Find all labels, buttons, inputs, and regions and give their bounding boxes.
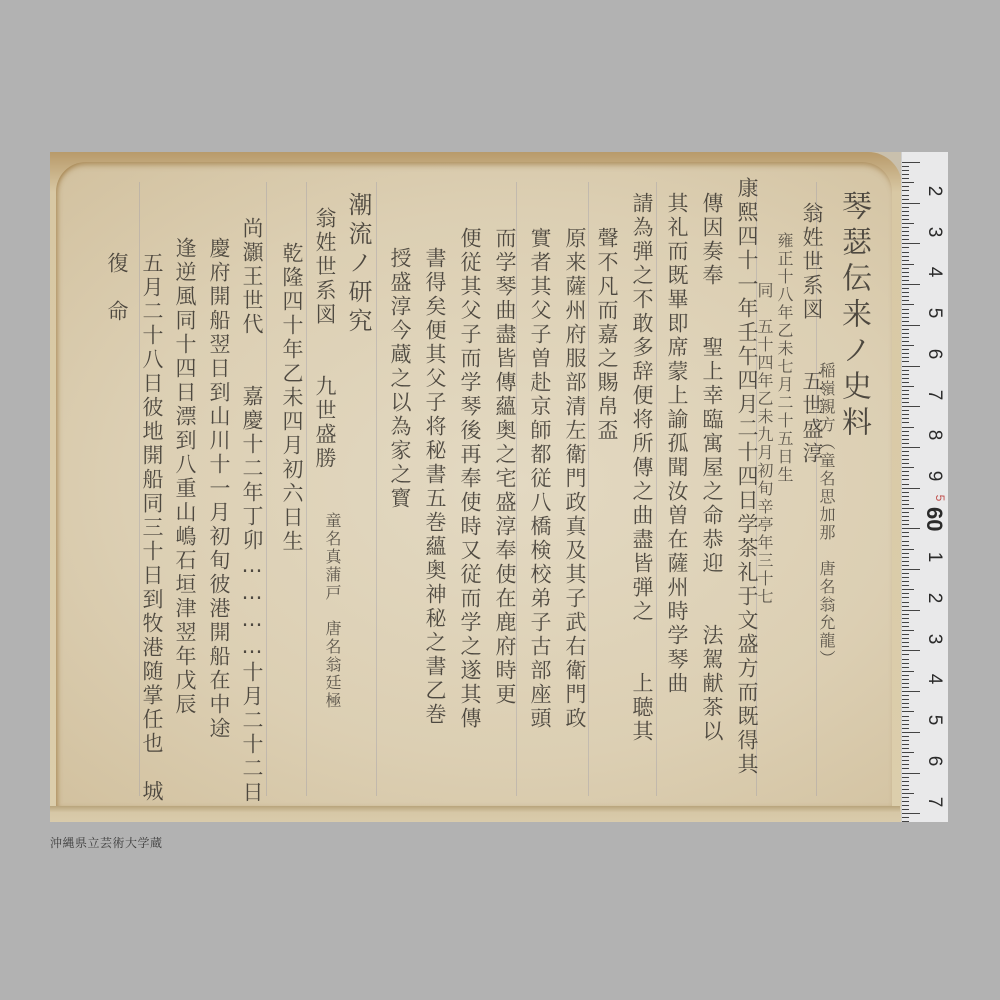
ruler-label: 9 <box>923 464 945 488</box>
ruler-tick <box>902 195 909 196</box>
ruler-tick <box>902 524 909 525</box>
manuscript-column: 雍正十八年乙未七月二十五日生 <box>776 232 792 484</box>
ruler-tick <box>902 707 909 708</box>
ruler-tick <box>902 252 909 253</box>
ruler-tick <box>902 207 909 208</box>
document-viewer: 琴瑟伝来ノ史料 翁姓世系図 五世盛淳稲嶺親方（童名思加那 唐名翁允龍）雍正十八年… <box>0 0 1000 1000</box>
ruler-tick <box>902 325 920 326</box>
ruler-tick <box>902 447 920 448</box>
ruled-line <box>656 182 657 796</box>
ruler-tick <box>902 239 909 240</box>
ruler-tick <box>902 178 909 179</box>
ruler-tick <box>902 585 909 586</box>
ruler-tick <box>902 272 909 273</box>
ruler-tick <box>902 410 909 411</box>
ruler-label: 6 <box>923 342 945 366</box>
ruler-label: 7 <box>923 790 945 814</box>
ruler-tick <box>902 736 909 737</box>
ruler-label: 2 <box>923 179 945 203</box>
ruler-tick <box>902 549 914 550</box>
ruler-tick <box>902 626 909 627</box>
ruler-tick <box>902 679 909 680</box>
manuscript-column: 原来薩州府服部清左衛門政真及其子武右衛門政 <box>564 227 585 731</box>
ruler-tick <box>902 203 920 204</box>
ruler-tick <box>902 243 920 244</box>
ruler-tick <box>902 699 909 700</box>
ruler-tick <box>902 781 909 782</box>
ruler-tick <box>902 479 909 480</box>
ruler-tick <box>902 744 909 745</box>
ruler-tick <box>902 577 909 578</box>
ruler-tick <box>902 247 909 248</box>
ruler-tick <box>902 557 909 558</box>
manuscript-title: 琴瑟伝来ノ史料 <box>838 190 868 442</box>
ruler-tick <box>902 431 909 432</box>
ruler-tick <box>902 764 909 765</box>
ruler-tick <box>902 789 909 790</box>
ruler-tick <box>902 309 909 310</box>
ruler-tick <box>902 785 909 786</box>
ruler-tick <box>902 805 909 806</box>
ruler-tick <box>902 756 909 757</box>
ruler-tick <box>902 223 914 224</box>
ruler-tick <box>902 268 909 269</box>
ruler-tick <box>902 333 909 334</box>
manuscript-column: 翁姓世系図 九世盛勝 <box>314 207 335 471</box>
ruler-tick <box>902 801 909 802</box>
ruler-tick <box>902 402 909 403</box>
ruler-label: 5 <box>923 301 945 325</box>
ruler-tick <box>902 654 909 655</box>
ruler-tick <box>902 671 914 672</box>
ruler-tick <box>902 357 909 358</box>
manuscript-column: 稲嶺親方（童名思加那 唐名翁允龍） <box>818 362 834 668</box>
ruler-tick <box>902 646 909 647</box>
ruler-label: 2 <box>923 586 945 610</box>
ruler-tick <box>902 304 914 305</box>
ruler-tick <box>902 174 909 175</box>
ruler-tick <box>902 545 909 546</box>
ruler-tick <box>902 711 914 712</box>
ruled-line <box>588 182 589 796</box>
manuscript-column: 童名真蒲戸 唐名翁廷極 <box>324 512 340 710</box>
ruled-line <box>306 182 307 796</box>
ruler-tick <box>902 695 909 696</box>
ruler-tick <box>902 398 909 399</box>
manuscript-column: 尚灝王世代 嘉慶十二年丁卯…………十月二十二日 <box>241 217 262 805</box>
ruler-tick <box>902 768 909 769</box>
ruler-tick <box>902 638 909 639</box>
manuscript-column: 其礼而既畢即席蒙上諭孤聞汝曽在薩州時学琴曲 <box>666 192 687 696</box>
ruler-tick <box>902 471 909 472</box>
ruler-tick <box>902 292 909 293</box>
ruler-tick <box>902 337 909 338</box>
ruler-tick <box>902 687 909 688</box>
ruler-tick <box>902 593 909 594</box>
manuscript-column: 書得矣便其父子将秘書五巻蘊奥神秘之書乙巻 <box>424 247 445 727</box>
ruler-tick <box>902 317 909 318</box>
ruler-tick <box>902 349 909 350</box>
ruler-tick <box>902 532 909 533</box>
ruler-tick <box>902 797 909 798</box>
ruler-label: 3 <box>923 220 945 244</box>
ruler-tick <box>902 720 909 721</box>
ruler-tick <box>902 459 909 460</box>
ruler-tick <box>902 463 909 464</box>
ruler-label: 7 <box>923 383 945 407</box>
ruler-tick <box>902 276 909 277</box>
ruler-tick <box>902 748 909 749</box>
manuscript-column: 五月二十八日彼地開船同三十日到牧港随掌任也 城 <box>141 252 162 804</box>
ruler-tick <box>902 186 909 187</box>
ruler-tick <box>902 321 909 322</box>
ruler-tick <box>902 219 909 220</box>
ruler-tick <box>902 378 909 379</box>
ruler-label: 8 <box>923 423 945 447</box>
ruler-red-label: 5 <box>933 486 947 510</box>
ruler-label: 1 <box>923 545 945 569</box>
ruler-tick <box>902 793 914 794</box>
ruler-tick <box>902 512 909 513</box>
ruler-tick <box>902 634 909 635</box>
ruler-tick <box>902 760 909 761</box>
ruler-tick <box>902 296 909 297</box>
ruler-tick <box>902 724 909 725</box>
ruler-tick <box>902 581 909 582</box>
ruler-tick <box>902 508 914 509</box>
ruler-tick <box>902 288 909 289</box>
ruler-tick <box>902 427 914 428</box>
ruler-tick <box>902 264 914 265</box>
ruler-tick <box>902 777 909 778</box>
ruler-tick <box>902 406 920 407</box>
ruler-tick <box>902 382 909 383</box>
manuscript-column: 授盛淳今蔵之以為家之寳 <box>389 247 410 511</box>
ruler-tick <box>902 691 920 692</box>
measuring-ruler: 2345678960123456785 <box>901 152 948 822</box>
ruler-tick <box>902 622 909 623</box>
ruler-tick <box>902 732 920 733</box>
ruler-tick <box>902 683 909 684</box>
ruler-tick <box>902 773 920 774</box>
ruler-tick <box>902 569 920 570</box>
ruler-tick <box>902 740 909 741</box>
ruler-tick <box>902 353 909 354</box>
ruler-tick <box>902 541 909 542</box>
manuscript-column: 實者其父子曽赴京師都従八橋検校弟子古部座頭 <box>529 227 550 731</box>
manuscript-page: 琴瑟伝来ノ史料 翁姓世系図 五世盛淳稲嶺親方（童名思加那 唐名翁允龍）雍正十八年… <box>56 162 892 806</box>
ruler-tick <box>902 374 909 375</box>
manuscript-column: 而学琴曲盡皆傳蘊奥之宅盛淳奉使在鹿府時更 <box>494 227 515 707</box>
ruler-tick <box>902 284 920 285</box>
ruler-tick <box>902 667 909 668</box>
ruler-tick <box>902 614 909 615</box>
ruler-tick <box>902 300 909 301</box>
ruler-label: 60 <box>921 507 947 531</box>
ruler-tick <box>902 663 909 664</box>
ruler-tick <box>902 451 909 452</box>
manuscript-column: 請為弾之不敢多辞便将所傳之曲盡皆弾之 上聴其 <box>631 192 652 744</box>
ruler-tick <box>902 170 909 171</box>
ruler-tick <box>902 227 909 228</box>
ruler-label: 3 <box>923 627 945 651</box>
ruler-tick <box>902 390 909 391</box>
ruler-tick <box>902 484 909 485</box>
manuscript-column: 復 命 <box>106 252 127 324</box>
ruler-tick <box>902 329 909 330</box>
ruler-tick <box>902 703 909 704</box>
ruler-label: 5 <box>923 708 945 732</box>
ruler-tick <box>902 162 920 163</box>
page-bottom-edge <box>50 806 900 822</box>
ruler-tick <box>902 659 909 660</box>
ruler-tick <box>902 565 909 566</box>
ruler-tick <box>902 235 909 236</box>
ruler-tick <box>902 394 909 395</box>
ruler-tick <box>902 602 909 603</box>
ruler-tick <box>902 573 909 574</box>
ruled-line <box>376 182 377 796</box>
ruler-tick <box>902 597 909 598</box>
ruler-tick <box>902 610 920 611</box>
ruler-tick <box>902 166 909 167</box>
ruler-tick <box>902 341 909 342</box>
ruler-tick <box>902 516 909 517</box>
ruler-tick <box>902 752 914 753</box>
manuscript-column: 傳因奏奉 聖上幸臨寓屋之命恭迎 法駕献茶以 <box>701 192 722 744</box>
ruler-tick <box>902 418 909 419</box>
ruler-label: 6 <box>923 749 945 773</box>
ruler-tick <box>902 435 909 436</box>
ruler-tick <box>902 280 909 281</box>
ruler-tick <box>902 422 909 423</box>
manuscript-column: 逢逆風同十四日漂到八重山嶋石垣津翌年戊辰 <box>174 237 195 717</box>
ruler-tick <box>902 813 920 814</box>
ruler-tick <box>902 809 909 810</box>
ruler-tick <box>902 589 914 590</box>
ruler-tick <box>902 492 909 493</box>
ruler-tick <box>902 630 914 631</box>
ruler-tick <box>902 443 909 444</box>
collection-caption: 沖縄県立芸術大学蔵 <box>50 834 163 851</box>
ruler-tick <box>902 439 909 440</box>
ruler-tick <box>902 728 909 729</box>
ruler-tick <box>902 455 909 456</box>
manuscript-scan: 琴瑟伝来ノ史料 翁姓世系図 五世盛淳稲嶺親方（童名思加那 唐名翁允龍）雍正十八年… <box>50 152 948 822</box>
ruler-tick <box>902 488 920 489</box>
ruler-tick <box>902 520 909 521</box>
ruler-label: 4 <box>923 260 945 284</box>
ruler-tick <box>902 618 909 619</box>
ruler-tick <box>902 536 909 537</box>
ruler-tick <box>902 231 909 232</box>
ruler-tick <box>902 414 909 415</box>
ruler-tick <box>902 199 909 200</box>
ruler-tick <box>902 361 909 362</box>
ruler-tick <box>902 475 909 476</box>
ruler-tick <box>902 817 909 818</box>
ruler-tick <box>902 553 909 554</box>
ruler-tick <box>902 650 920 651</box>
manuscript-column: 潮流ノ研究 <box>346 192 370 337</box>
ruler-tick <box>902 561 909 562</box>
ruler-tick <box>902 215 909 216</box>
manuscript-column: 康熙四十一年壬午四月二十四日学茶礼于文盛方而既得其 <box>736 177 757 777</box>
ruler-tick <box>902 211 909 212</box>
ruler-tick <box>902 821 909 822</box>
manuscript-column: 慶府開船翌日到山川十一月初旬彼港開船在中途 <box>208 237 229 741</box>
ruler-tick <box>902 256 909 257</box>
ruler-tick <box>902 504 909 505</box>
ruled-line <box>266 182 267 796</box>
ruler-tick <box>902 313 909 314</box>
manuscript-column: 便従其父子而学琴後再奉使時又従而学之遂其傳 <box>459 227 480 731</box>
ruler-label: 4 <box>923 667 945 691</box>
ruler-tick <box>902 496 909 497</box>
ruler-tick <box>902 467 914 468</box>
ruler-tick <box>902 675 909 676</box>
ruler-tick <box>902 370 909 371</box>
manuscript-column: 乾隆四十年乙未四月初六日生 <box>281 242 302 554</box>
ruler-tick <box>902 500 909 501</box>
ruler-tick <box>902 345 914 346</box>
ruler-tick <box>902 182 914 183</box>
ruler-tick <box>902 606 909 607</box>
ruler-tick <box>902 366 920 367</box>
ruler-tick <box>902 642 909 643</box>
ruler-tick <box>902 528 920 529</box>
ruler-tick <box>902 190 909 191</box>
ruler-tick <box>902 260 909 261</box>
ruler-tick <box>902 386 914 387</box>
manuscript-column: 聲不凡而嘉之賜帛盃 <box>596 227 617 443</box>
ruler-tick <box>902 716 909 717</box>
